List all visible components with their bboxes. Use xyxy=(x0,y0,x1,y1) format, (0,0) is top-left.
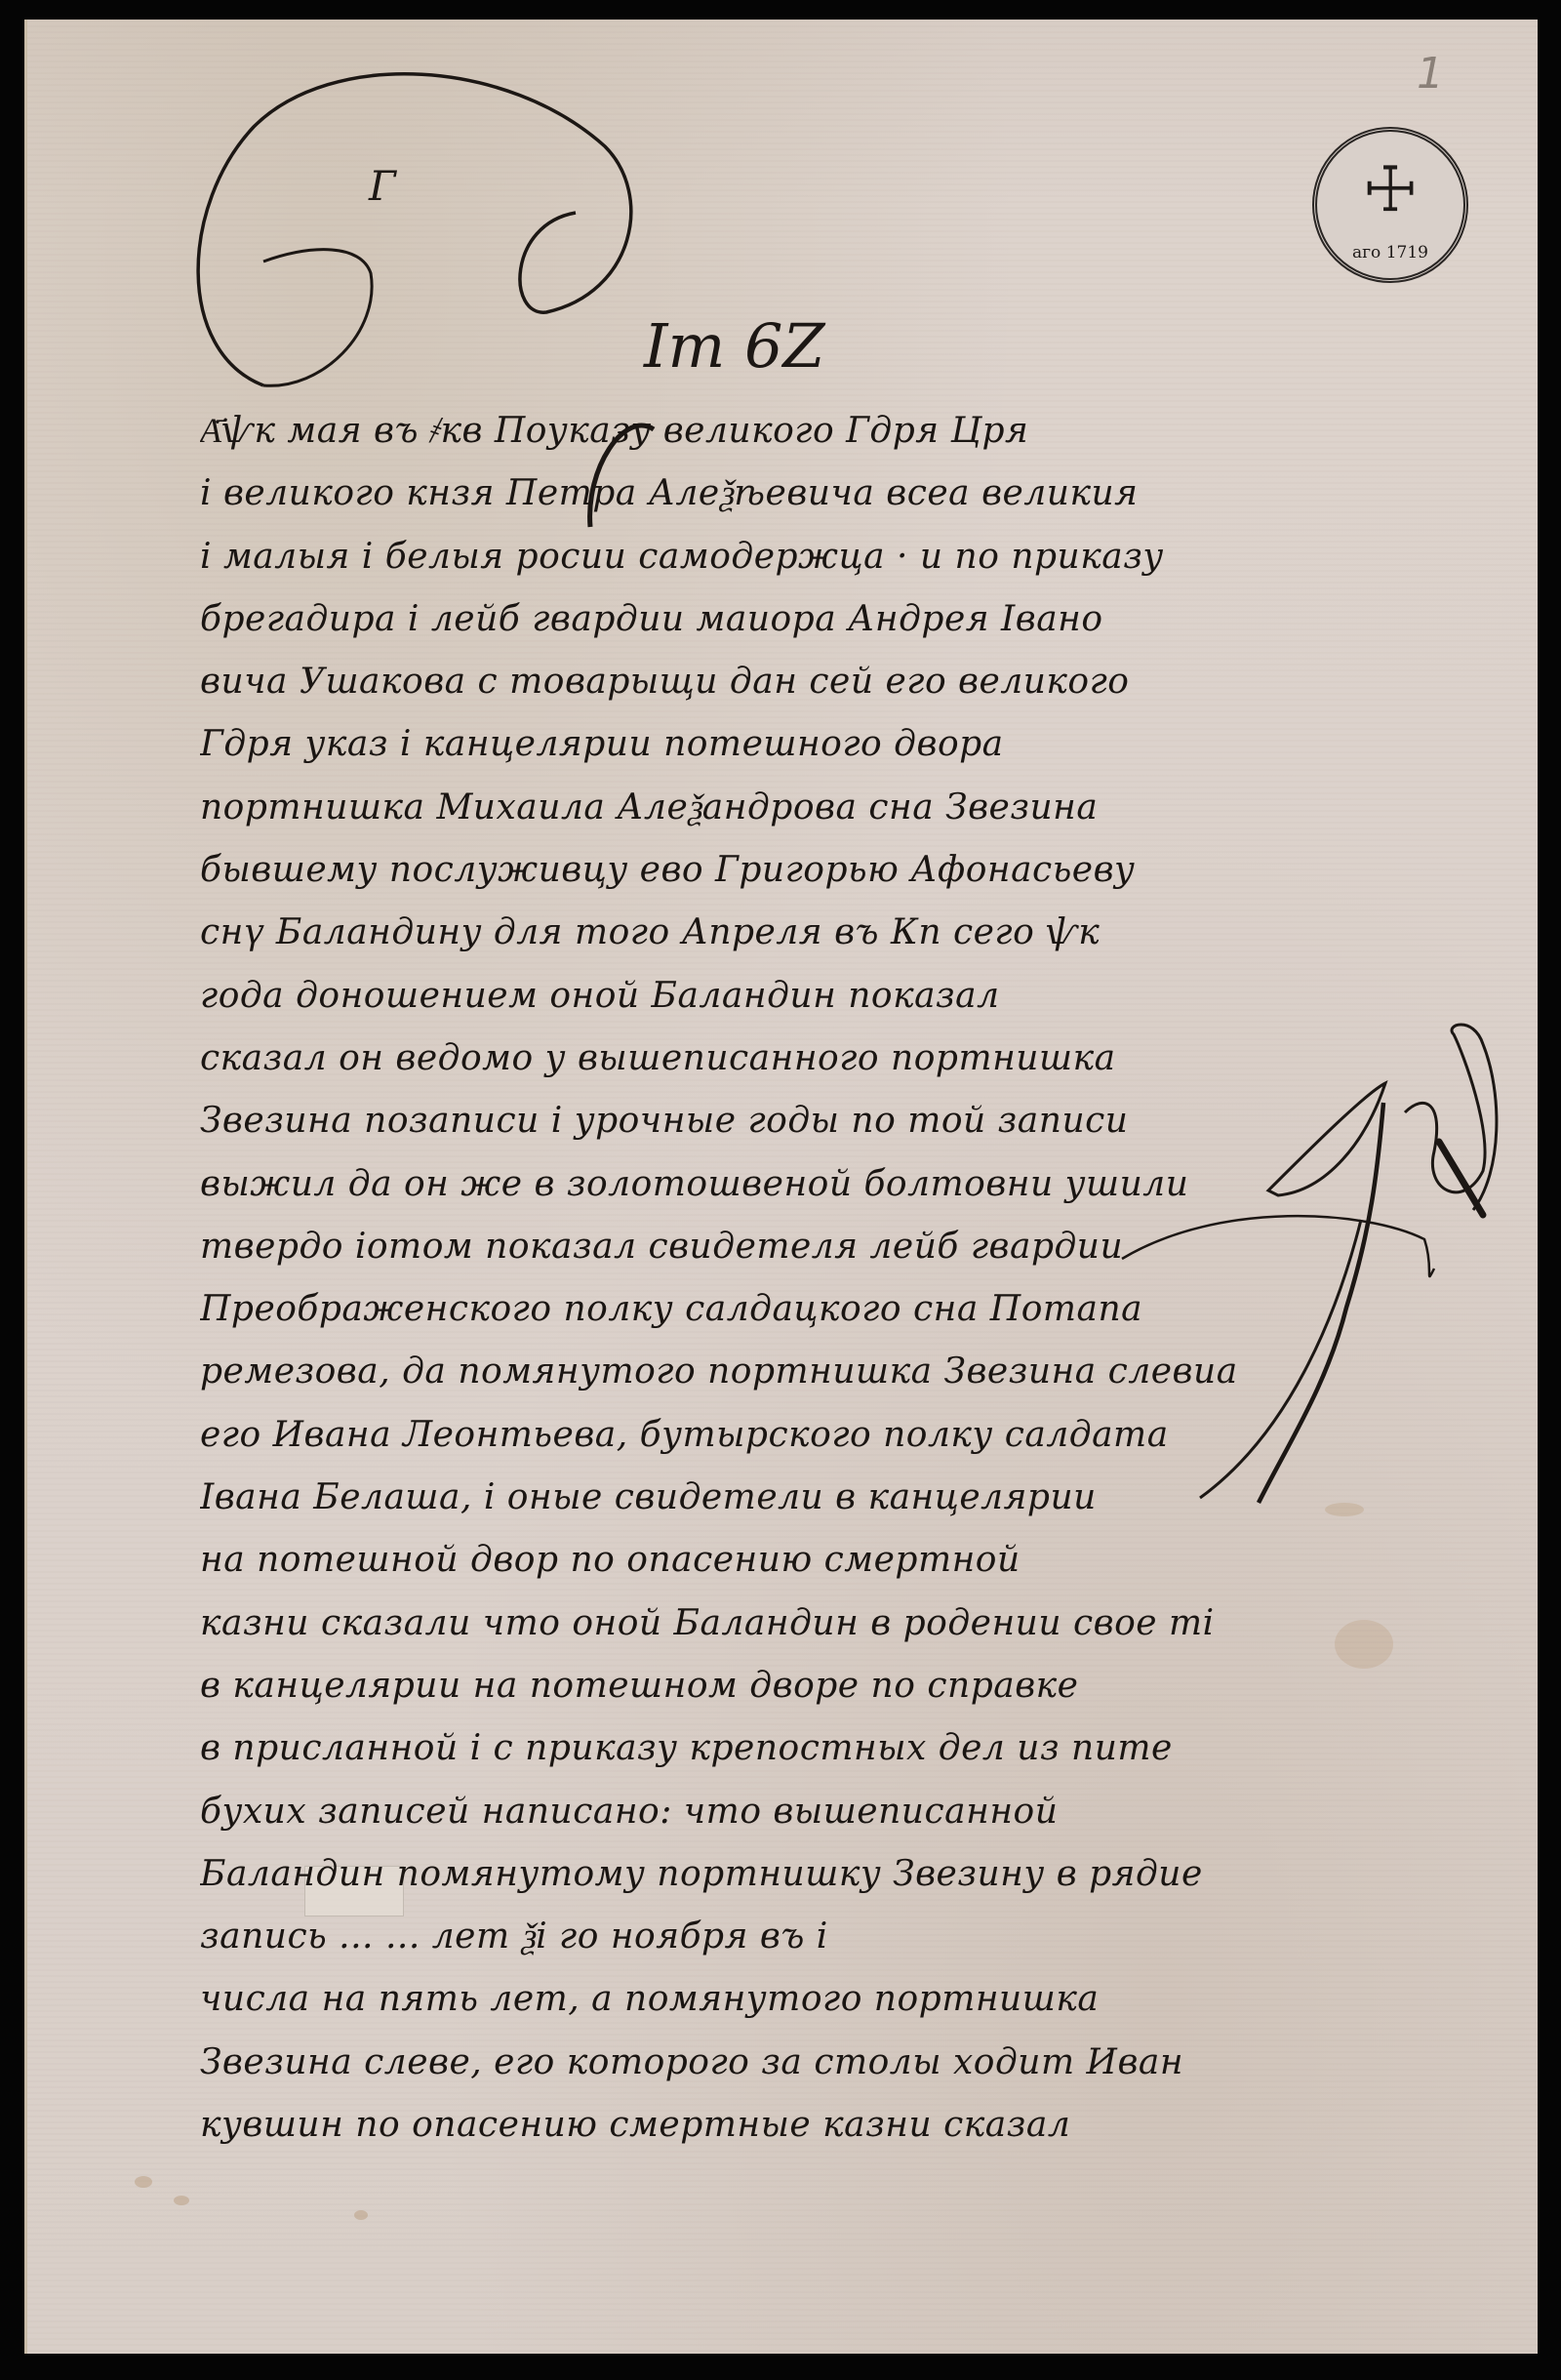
text-line: в канцелярии на потешном дворе по справк… xyxy=(200,1655,1351,1717)
text-line: Преображенского полку салдацкого сна Пот… xyxy=(200,1278,1351,1341)
text-line: і малыя і белыя росии самодержца · и по … xyxy=(200,526,1351,588)
text-line: Баландин помянутому портнишку Звезину в … xyxy=(200,1843,1351,1906)
text-line: кувшин по опасению смертные казни сказал xyxy=(200,2094,1351,2157)
text-line: Звезина позаписи і урочные годы по той з… xyxy=(200,1090,1351,1152)
text-line: ремезова, да помянутого портнишка Звезин… xyxy=(200,1341,1351,1403)
text-line: бухих записей написано: что вышеписанной xyxy=(200,1781,1351,1843)
text-line: Гдря указ і канцелярии потешного двора xyxy=(200,713,1351,776)
text-line: года доношением оной Баландин показал xyxy=(200,965,1351,1028)
text-line: казни сказали что оной Баландин в родени… xyxy=(200,1593,1351,1655)
text-line: в присланной і с приказу крепостных дел … xyxy=(200,1717,1351,1780)
text-line: Івана Белаша, і оные свидетели в канцеля… xyxy=(200,1467,1351,1529)
text-line: твердо іотом показал свидетеля лейб гвар… xyxy=(200,1216,1351,1278)
text-line: выжил да он же в золотошвеной болтовни у… xyxy=(200,1153,1351,1216)
text-line: А҃ѱк мая въ ҂кв Поуказу великого Гдря Цр… xyxy=(200,400,1351,463)
document-heading: Іт 6Z xyxy=(644,310,825,382)
text-line: числа на пять лет, а помянутого портнишк… xyxy=(200,1968,1351,2031)
manuscript-text-body: А҃ѱк мая въ ҂кв Поуказу великого Гдря Цр… xyxy=(200,400,1351,2157)
text-line: снү Баландину для того Апреля въ Кп сего… xyxy=(200,902,1351,964)
monogram-letter: Г xyxy=(368,162,398,210)
text-line: бывшему послуживцу ево Григорью Афонасье… xyxy=(200,839,1351,902)
text-line: на потешной двор по опасению смертной xyxy=(200,1529,1351,1592)
text-line: і великого кнзя Петра Алеѯѣевича всеа ве… xyxy=(200,463,1351,525)
text-line: брегадира і лейб гвардии маиора Андрея І… xyxy=(200,588,1351,651)
text-line: портнишка Михаила Алеѯандрова сна Звезин… xyxy=(200,777,1351,839)
text-line: сказал он ведомо у вышеписанного портниш… xyxy=(200,1028,1351,1090)
text-line: его Ивана Леонтьева, бутырского полку са… xyxy=(200,1404,1351,1467)
text-line: вича Ушакова с товарыщи дан сей его вели… xyxy=(200,651,1351,713)
monogram-swirl-icon xyxy=(198,74,631,385)
text-line: Звезина слеве, его которого за столы ход… xyxy=(200,2032,1351,2094)
text-line: запись ... ... лет ѯі го ноября въ і xyxy=(200,1906,1351,1968)
